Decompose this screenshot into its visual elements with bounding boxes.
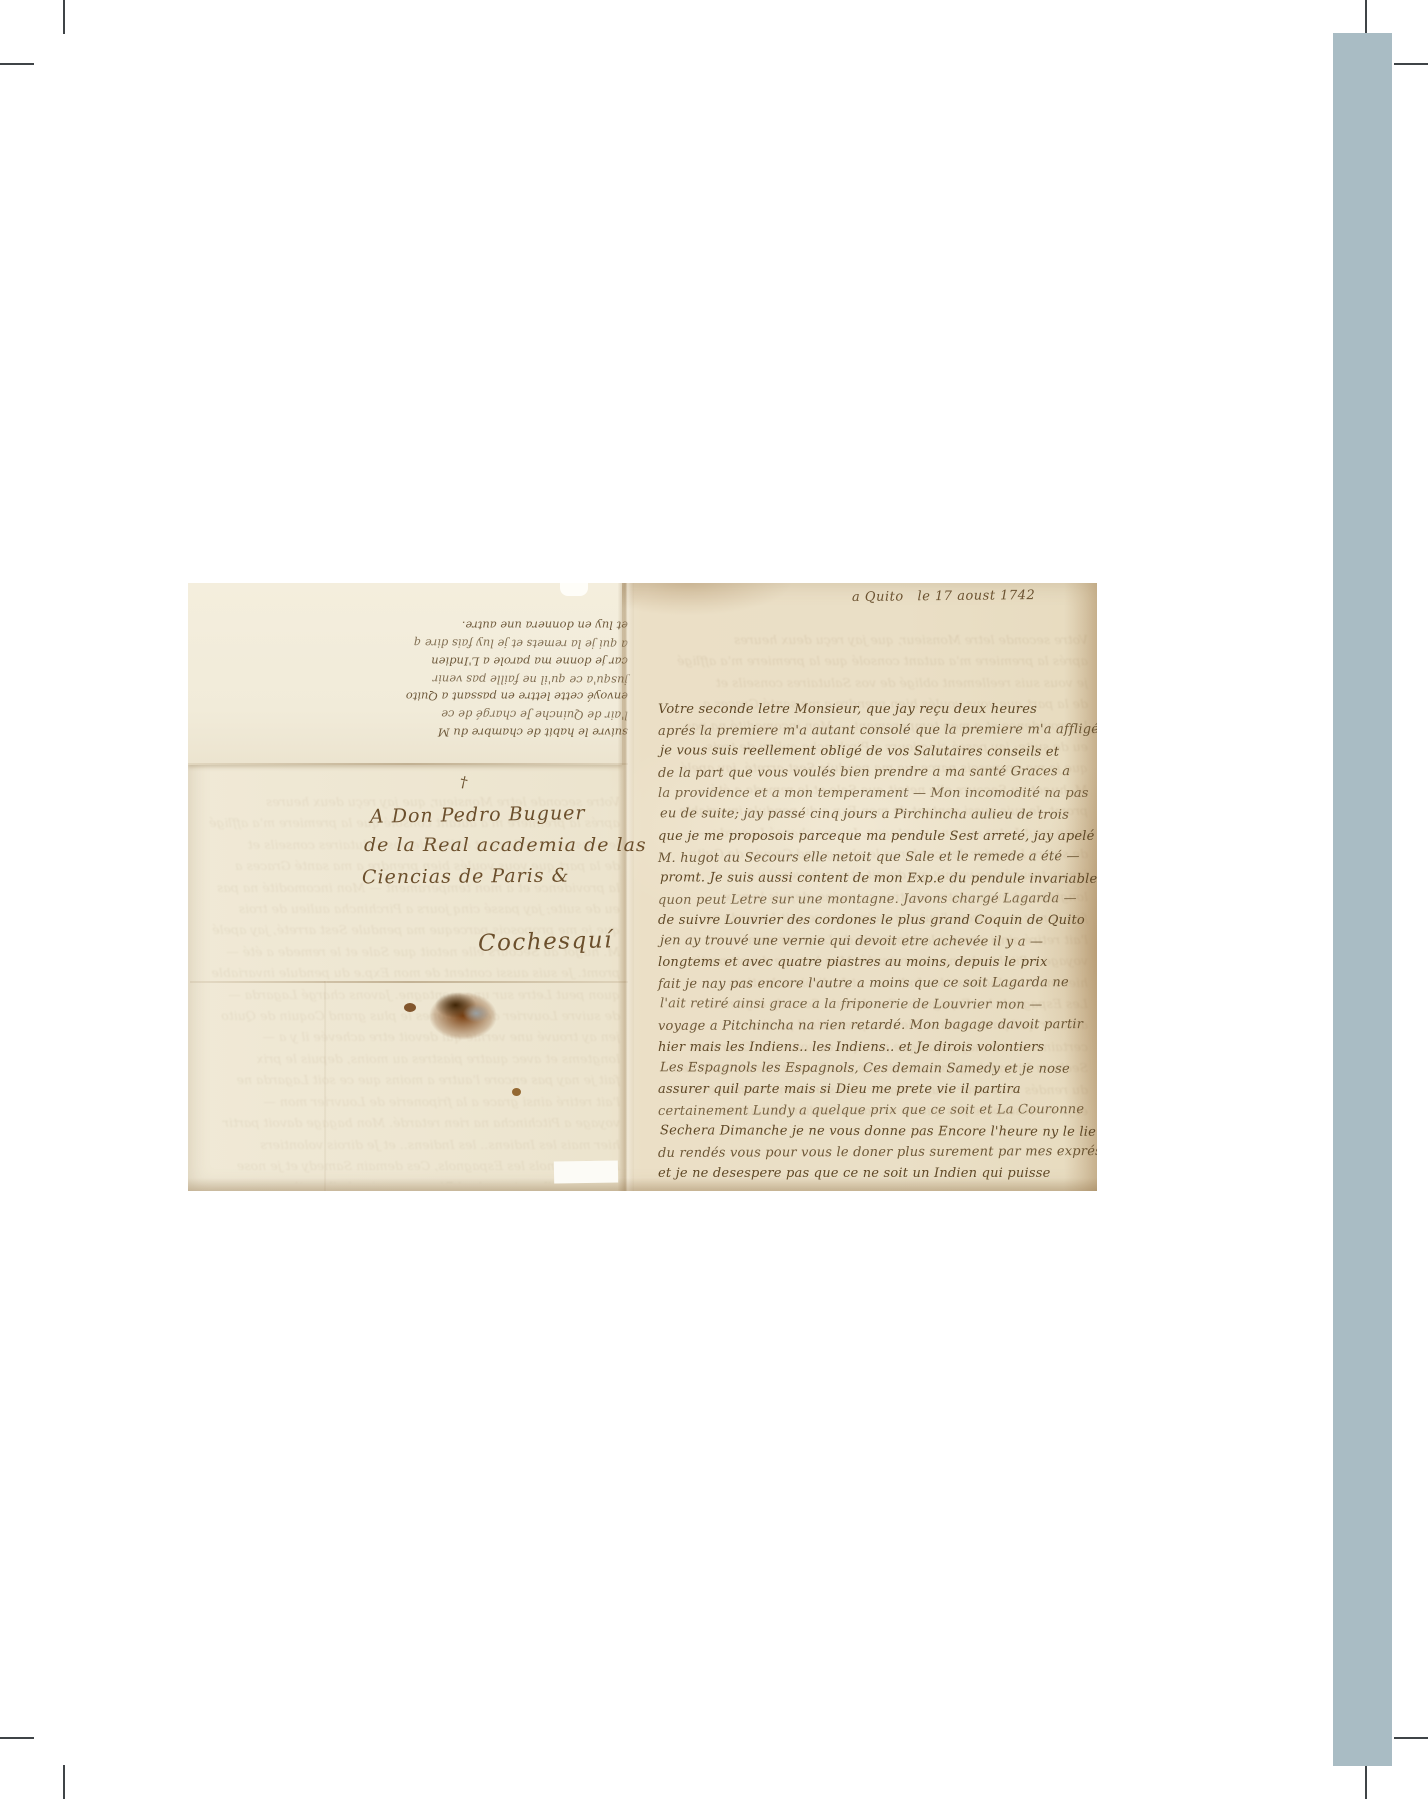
letter-body-line: que je me proposois parceque ma pendule … <box>658 826 1090 847</box>
signature-place: Cochesquí <box>478 927 614 957</box>
letter-body-line: quon peut Letre sur une montagne. Javons… <box>658 888 1090 911</box>
letter-body-line: de la part que vous voulés bien prendre … <box>658 761 1090 784</box>
ghost-text-line: eu de suite; jay passé cinq jours a Pirc… <box>190 898 620 919</box>
letter-body-line: du rendés vous pour vous le doner plus s… <box>658 1141 1090 1164</box>
crop-mark-top-left-horizontal <box>0 63 34 65</box>
address-line: de la Real academia de las <box>364 830 688 861</box>
ink-spot <box>404 1003 416 1012</box>
paper-notch <box>560 583 588 596</box>
print-page: Votre seconde letre Monsieur, que jay re… <box>0 0 1428 1799</box>
reversed-note-line: et luy en donnera une autre. <box>340 616 628 634</box>
accent-stripe <box>1333 33 1392 1766</box>
letter-body-line: la providence et a mon temperament — Mon… <box>658 783 1090 804</box>
ghost-text-line: aprés la premiere m'a autant consolé que… <box>636 650 1088 671</box>
fold-crease-left <box>324 981 327 1191</box>
letter-body-line: promt. Je suis aussi content de mon Exp.… <box>660 867 1092 890</box>
letter-body-line: eu de suite; jay passé cinq jours a Pirc… <box>660 804 1092 827</box>
wax-seal-stain <box>426 989 500 1043</box>
crop-mark-bottom-right-vertical <box>1365 1765 1367 1799</box>
letter-body-line: certainement Lundy a quelque prix que ce… <box>658 1099 1090 1122</box>
ghost-text-line: voyage a Pitchincha na rien retardé. Mon… <box>190 1112 620 1133</box>
folded-flap: suivre le habit de chambre du Ml'air de … <box>188 583 622 765</box>
letter-date: a Quito le 17 aoust 1742 <box>852 588 1035 605</box>
reversed-note-line: a qui je la remets et je luy fais dire q <box>340 633 628 653</box>
letter-body-line: Les Espagnols les Espagnols, Ces demain … <box>660 1057 1092 1080</box>
reversed-note-line: jusqu'a ce qu'il ne faille pas venir <box>340 668 628 688</box>
letter-body-line: et je ne desespere pas que ce ne soit un… <box>658 1163 1090 1184</box>
letter-body-line: l'ait retiré ainsi grace a la friponerie… <box>660 994 1092 1017</box>
reversed-note-line: envoyé cette lettre en passant a Quito <box>340 687 628 705</box>
crop-mark-top-right-horizontal <box>1394 63 1428 65</box>
ghost-text-line: hier mais les Indiens.. les Indiens.. et… <box>190 1134 620 1155</box>
reversed-note: suivre le habit de chambre du Ml'air de … <box>340 616 628 741</box>
letter-body-line: hier mais les Indiens.. les Indiens.. et… <box>658 1037 1090 1058</box>
letter-body-line: de suivre Louvrier des cordones le plus … <box>658 910 1090 931</box>
letter-body-line: Votre seconde letre Monsieur, que jay re… <box>658 699 1090 720</box>
crop-mark-bottom-left-horizontal <box>0 1737 34 1739</box>
letter-body-line: je vous suis reellement obligé de vos Sa… <box>660 740 1092 763</box>
reversed-note-line: suivre le habit de chambre du M <box>340 723 628 741</box>
letter-body-line: longtems et avec quatre piastres au moin… <box>658 952 1090 973</box>
paper-sticker <box>554 1160 618 1183</box>
ghost-text-line: je vous suis reellement obligé de vos Sa… <box>636 672 1088 693</box>
letter-body-line: aprés la premiere m'a autant consolé que… <box>658 719 1090 742</box>
fold-crease-horizontal-upper <box>188 763 628 765</box>
letter-body: Votre seconde letre Monsieur, que jay re… <box>658 699 1090 1184</box>
crop-mark-bottom-right-horizontal <box>1394 1737 1428 1739</box>
crop-mark-top-left-vertical <box>63 0 65 34</box>
letter-body-line: voyage a Pitchincha na rien retardé. Mon… <box>658 1014 1090 1037</box>
ghost-text-line: quon peut Letre sur une montagne. Javons… <box>190 984 620 1005</box>
ghost-text-line: fait je nay pas encore l'autre a moins q… <box>190 1069 620 1090</box>
fold-crease-horizontal-lower <box>190 981 628 983</box>
ghost-text-line: Votre seconde letre Monsieur, que jay re… <box>636 629 1088 650</box>
cross-flourish-mark: † <box>458 772 469 791</box>
letter-body-line: Sechera Dimanche je ne vous donne pas En… <box>660 1120 1092 1143</box>
address-block: † A Don Pedro Buguer de la Real academia… <box>358 773 688 892</box>
address-line: A Don Pedro Buguer <box>370 796 688 833</box>
letter-scan: Votre seconde letre Monsieur, que jay re… <box>188 583 1097 1191</box>
crop-mark-top-right-vertical <box>1365 0 1367 34</box>
letter-body-line: fait je nay pas encore l'autre a moins q… <box>658 972 1090 995</box>
crop-mark-bottom-left-vertical <box>63 1765 65 1799</box>
small-ink-dot <box>512 1088 521 1096</box>
letter-body-line: jen ay trouvé une vernie qui devoit etre… <box>660 930 1092 953</box>
ghost-text-line: jen ay trouvé une vernie qui devoit etre… <box>190 1026 620 1047</box>
reversed-note-line: car je donne ma parole a L'Indien <box>340 652 628 670</box>
reversed-note-line: l'air de Quinche Je chargé de ce <box>340 704 628 724</box>
ghost-text-line: longtems et avec quatre piastres au moin… <box>190 1048 620 1069</box>
address-line: Ciencias de Paris & <box>362 860 688 894</box>
letter-body-line: M. hugot au Secours elle netoit que Sale… <box>658 846 1090 869</box>
ghost-text-line: l'ait retiré ainsi grace a la friponerie… <box>190 1091 620 1112</box>
letter-body-line: assurer quil parte mais si Dieu me prete… <box>658 1079 1090 1100</box>
